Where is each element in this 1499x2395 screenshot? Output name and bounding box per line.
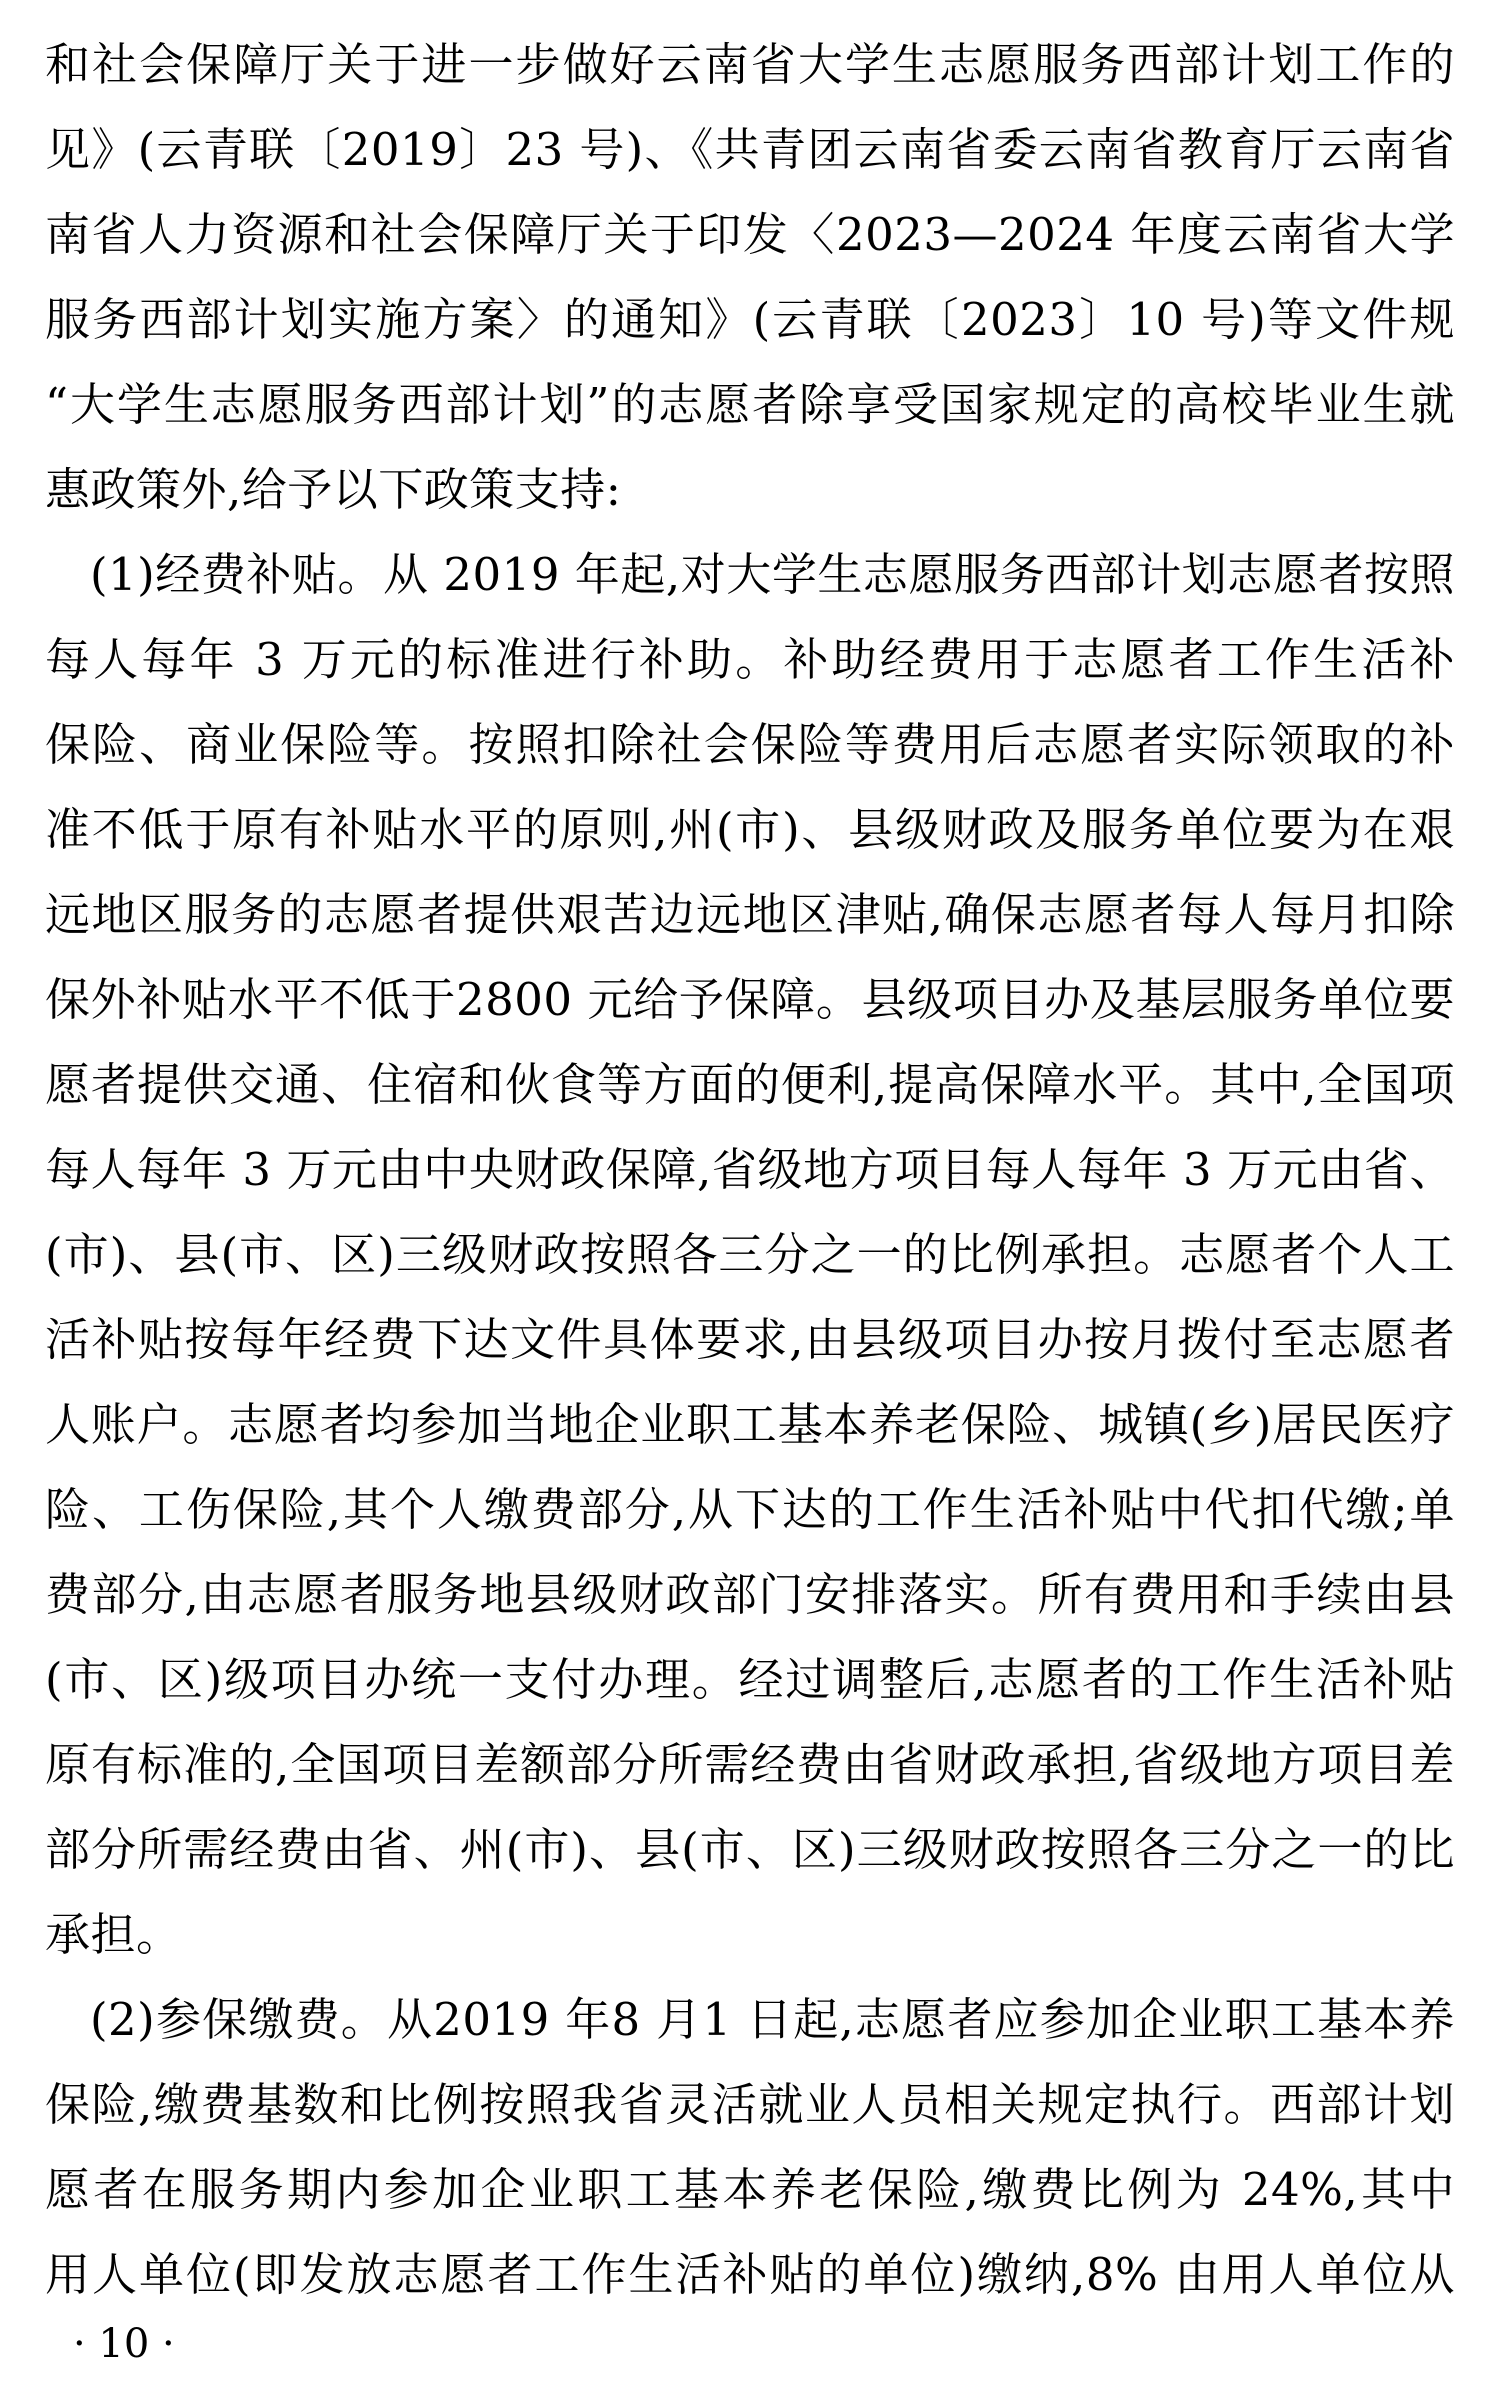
body-text-line: 保外补贴水平不低于2800 元给予保障。县级项目办及基层服务单位要为志: [45, 957, 1455, 1042]
body-text-line: 每人每年 3 万元由中央财政保障,省级地方项目每人每年 3 万元由省、州: [45, 1127, 1455, 1212]
body-text-line: 部分所需经费由省、州(市)、县(市、区)三级财政按照各三分之一的比例: [45, 1807, 1455, 1892]
body-text-line: “大学生志愿服务西部计划”的志愿者除享受国家规定的高校毕业生就业优: [45, 362, 1455, 447]
document-page: 和社会保障厅关于进一步做好云南省大学生志愿服务西部计划工作的意 见》(云青联〔2…: [0, 0, 1499, 2395]
body-text-line: 愿者提供交通、住宿和伙食等方面的便利,提高保障水平。其中,全国项目: [45, 1042, 1455, 1127]
body-text-line: 服务西部计划实施方案〉的通知》(云青联〔2023〕10 号)等文件规定,参加: [45, 277, 1455, 362]
body-text-line: 惠政策外,给予以下政策支持:: [45, 447, 1455, 532]
body-text-line: (2)参保缴费。从2019 年8 月1 日起,志愿者应参加企业职工基本养老: [45, 1977, 1455, 2062]
body-text-line: 原有标准的,全国项目差额部分所需经费由省财政承担,省级地方项目差额: [45, 1722, 1455, 1807]
body-text-line: (市)、县(市、区)三级财政按照各三分之一的比例承担。志愿者个人工作生: [45, 1212, 1455, 1297]
page-number: · 10 ·: [45, 2319, 1455, 2369]
body-text-line: 人账户。志愿者均参加当地企业职工基本养老保险、城镇(乡)居民医疗保: [45, 1382, 1455, 1467]
body-text-line: 保险、商业保险等。按照扣除社会保险等费用后志愿者实际领取的补贴标: [45, 702, 1455, 787]
document-body: 和社会保障厅关于进一步做好云南省大学生志愿服务西部计划工作的意 见》(云青联〔2…: [45, 22, 1455, 2317]
body-text-line: 南省人力资源和社会保障厅关于印发〈2023—2024 年度云南省大学生志愿: [45, 192, 1455, 277]
body-text-line: 和社会保障厅关于进一步做好云南省大学生志愿服务西部计划工作的意: [45, 22, 1455, 107]
body-text-line: 远地区服务的志愿者提供艰苦边远地区津贴,确保志愿者每人每月扣除社: [45, 872, 1455, 957]
body-text-line: 保险,缴费基数和比例按照我省灵活就业人员相关规定执行。西部计划志: [45, 2062, 1455, 2147]
body-text-line: (市、区)级项目办统一支付办理。经过调整后,志愿者的工作生活补贴低于: [45, 1637, 1455, 1722]
body-text-line: 承担。: [45, 1892, 1455, 1977]
body-text-line: 愿者在服务期内参加企业职工基本养老保险,缴费比例为 24%,其中 16% 由: [45, 2147, 1455, 2232]
body-text-line: 每人每年 3 万元的标准进行补助。补助经费用于志愿者工作生活补贴、社会: [45, 617, 1455, 702]
body-text-line: 见》(云青联〔2019〕23 号)、《共青团云南省委云南省教育厅云南省财政厅云: [45, 107, 1455, 192]
body-text-line: 险、工伤保险,其个人缴费部分,从下达的工作生活补贴中代扣代缴;单位缴: [45, 1467, 1455, 1552]
body-text-line: 费部分,由志愿者服务地县级财政部门安排落实。所有费用和手续由县: [45, 1552, 1455, 1637]
body-text-line: 准不低于原有补贴水平的原则,州(市)、县级财政及服务单位要为在艰苦边: [45, 787, 1455, 872]
body-text-line: (1)经费补贴。从 2019 年起,对大学生志愿服务西部计划志愿者按照: [45, 532, 1455, 617]
body-text-line: 用人单位(即发放志愿者工作生活补贴的单位)缴纳,8% 由用人单位从个人: [45, 2232, 1455, 2317]
body-text-line: 活补贴按每年经费下达文件具体要求,由县级项目办按月拨付至志愿者个: [45, 1297, 1455, 1382]
